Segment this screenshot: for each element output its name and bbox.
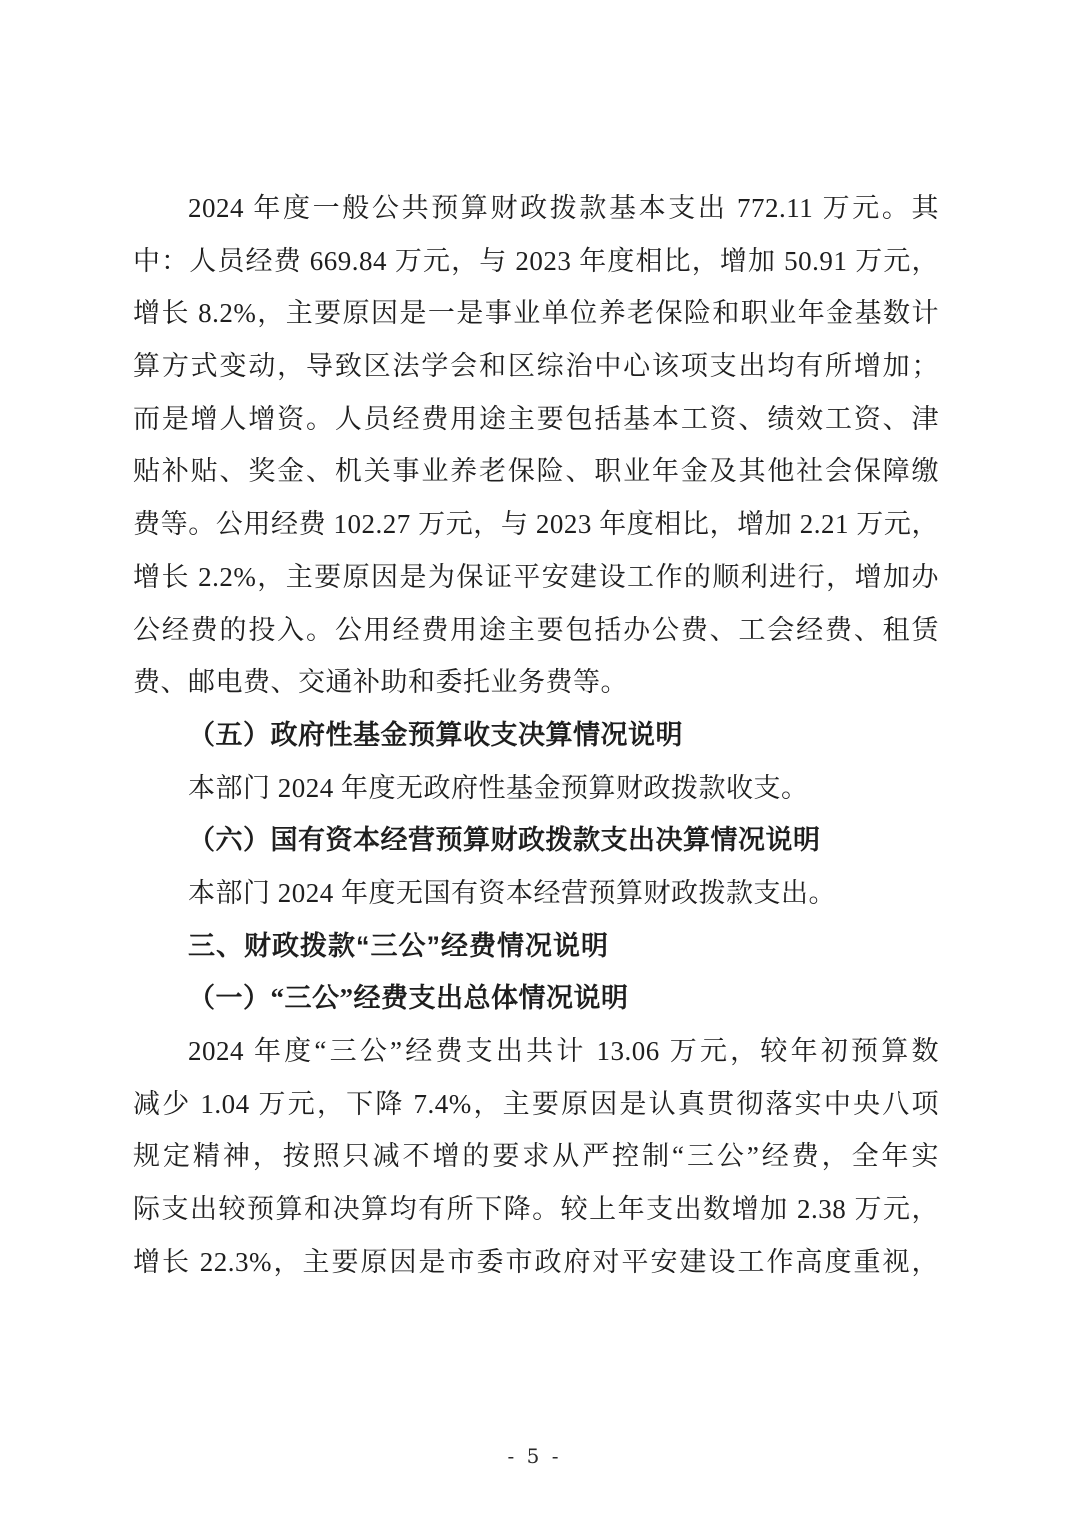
- body-text-line: 费、邮电费、交通补助和委托业务费等。: [133, 656, 939, 709]
- body-text-line: 减少 1.04 万元，下降 7.4%，主要原因是认真贯彻落实中央八项: [133, 1078, 939, 1131]
- body-text-line: 际支出较预算和决算均有所下降。较上年支出数增加 2.38 万元，: [133, 1183, 939, 1236]
- body-text-line: 增长 8.2%，主要原因是一是事业单位养老保险和职业年金基数计: [133, 287, 939, 340]
- body-text-line: 2024 年度一般公共预算财政拨款基本支出 772.11 万元。其: [133, 182, 939, 235]
- text-block: 2024 年度一般公共预算财政拨款基本支出 772.11 万元。其中：人员经费 …: [133, 182, 939, 1288]
- body-text-line: 公经费的投入。公用经费用途主要包括办公费、工会经费、租赁: [133, 604, 939, 657]
- body-text-line: 本部门 2024 年度无国有资本经营预算财政拨款支出。: [133, 867, 939, 920]
- body-text-line: 2024 年度“三公”经费支出共计 13.06 万元，较年初预算数: [133, 1025, 939, 1078]
- body-text-line: 而是增人增资。人员经费用途主要包括基本工资、绩效工资、津: [133, 393, 939, 446]
- document-page: 2024 年度一般公共预算财政拨款基本支出 772.11 万元。其中：人员经费 …: [0, 0, 1069, 1515]
- section-heading: 三、财政拨款“三公”经费情况说明: [133, 920, 939, 973]
- body-text-line: 增长 2.2%，主要原因是为保证平安建设工作的顺利进行，增加办: [133, 551, 939, 604]
- page-number: - 5 -: [0, 1444, 1069, 1468]
- body-text-line: 增长 22.3%，主要原因是市委市政府对平安建设工作高度重视，: [133, 1236, 939, 1289]
- body-text-line: 算方式变动，导致区法学会和区综治中心该项支出均有所增加；: [133, 340, 939, 393]
- body-text-line: 费等。公用经费 102.27 万元，与 2023 年度相比，增加 2.21 万元…: [133, 498, 939, 551]
- body-text-line: 中：人员经费 669.84 万元，与 2023 年度相比，增加 50.91 万元…: [133, 235, 939, 288]
- body-text-line: 贴补贴、奖金、机关事业养老保险、职业年金及其他社会保障缴: [133, 445, 939, 498]
- section-heading: （六）国有资本经营预算财政拨款支出决算情况说明: [133, 814, 939, 867]
- section-heading: （一）“三公”经费支出总体情况说明: [133, 972, 939, 1025]
- body-text-line: 规定精神，按照只减不增的要求从严控制“三公”经费，全年实: [133, 1130, 939, 1183]
- body-text-line: 本部门 2024 年度无政府性基金预算财政拨款收支。: [133, 762, 939, 815]
- section-heading: （五）政府性基金预算收支决算情况说明: [133, 709, 939, 762]
